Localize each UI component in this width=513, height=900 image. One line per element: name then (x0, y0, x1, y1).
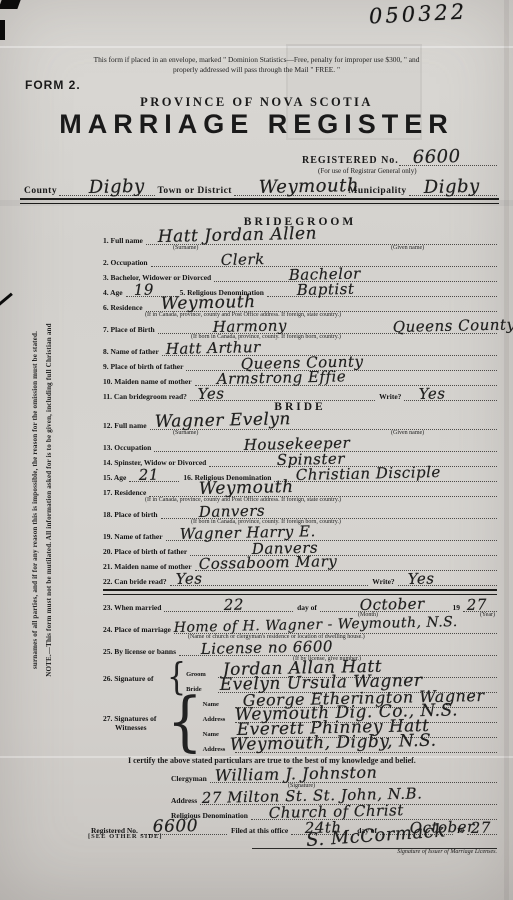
given-name-caption: (Given name) (391, 245, 424, 251)
field-label: 19 (449, 603, 464, 612)
field-label: 19. Name of father (103, 532, 166, 541)
see-other-side-note: [SEE OTHER SIDE] (88, 833, 163, 840)
field-line: License no 6600 (179, 641, 497, 656)
issuer-signature-line: S. McCormack (252, 830, 497, 849)
field-label: 15. Age (103, 473, 129, 482)
field-label: 22. Can bride read? (103, 577, 170, 586)
province-heading: PROVINCE OF NOVA SCOTIA (0, 95, 513, 110)
field-groom-birthplace: 7. Place of Birth Harmony Queens County (103, 319, 497, 334)
county-line: Digby (59, 176, 155, 196)
issuer-signature-area: S. McCormack Signature of Issuer of Marr… (252, 830, 497, 857)
field-line: Armstrong Effie (195, 371, 497, 386)
scan-artifact (0, 0, 21, 9)
handwritten-value: Queens County (392, 315, 513, 336)
registered-no-line: 6600 (399, 148, 497, 166)
surname-caption: (Surname) (173, 245, 198, 251)
field-line: Danvers (161, 504, 497, 519)
handwritten-value: Weymouth (199, 477, 294, 499)
field-line: Wagner Evelyn (150, 415, 497, 430)
handwritten-value: Armstrong Effie (216, 367, 346, 388)
brace-glyph: { (167, 691, 203, 755)
caption-row: (Surname) (Given name) (103, 245, 497, 252)
scan-artifact (0, 20, 5, 40)
field-label: 18. Place of birth (103, 510, 161, 519)
field-line: October (320, 597, 449, 612)
scan-artifact (0, 293, 13, 307)
county-value: Digby (89, 176, 145, 198)
witnesses-label-line1: 27. Signatures of (103, 714, 156, 723)
field-line: Hatt Jordan Allen (146, 230, 497, 245)
page-title: MARRIAGE REGISTER (0, 109, 513, 140)
field-license-or-banns: 25. By license or banns License no 6600 (103, 641, 497, 656)
groom-label: Groom (186, 671, 218, 678)
county-label: County (22, 186, 59, 196)
given-name-caption: (Given name) (391, 430, 424, 436)
double-rule (103, 589, 497, 595)
field-line: Weymouth, Digby, N.S. (235, 738, 497, 753)
field-bride-birthplace: 18. Place of birth Danvers (103, 504, 497, 519)
field-line: Yes (398, 571, 497, 586)
field-label: day of (293, 603, 320, 612)
field-label: 1. Full name (103, 236, 146, 245)
surname-caption: (Surname) (173, 430, 198, 436)
clergyman-row: Clergyman William J. Johnston (103, 768, 497, 783)
registered-no-label: REGISTERED No. (302, 155, 399, 166)
field-bride-mother: 21. Maiden name of mother Cossaboom Mary (103, 556, 497, 571)
field-bride-residence: 17. Residence Weymouth (103, 482, 497, 497)
field-label: 4. Age (103, 288, 126, 297)
mail-instruction: This form if placed in an envelope, mark… (0, 55, 513, 74)
stamp-number: 050322 (368, 0, 467, 29)
town-label: Town or District (155, 186, 234, 196)
field-line: Home of H. Wagner - Weymouth, N.S. (174, 619, 497, 634)
field-when-married: 23. When married 22 day of October 19 27 (103, 597, 497, 612)
field-line: Yes (404, 386, 497, 401)
form-body: BRIDEGROOM 1. Full name Hatt Jordan Alle… (103, 216, 497, 857)
handwritten-value: Cossaboom Mary (198, 552, 337, 573)
handwritten-value: Hatt Jordan Allen (157, 224, 317, 247)
field-label: 24. Place of marriage (103, 625, 174, 634)
field-groom-literacy: 11. Can bridegroom read? Yes Write? Yes (103, 386, 497, 401)
field-bride-literacy: 22. Can bride read? Yes Write? Yes (103, 571, 497, 586)
field-label: 13. Occupation (103, 443, 154, 452)
field-groom-full-name: 1. Full name Hatt Jordan Allen (103, 230, 497, 245)
witness-lines: Name George Etherington Wagner Address W… (203, 693, 497, 753)
field-label: 17. Residence (103, 488, 149, 497)
handwritten-value: Yes (198, 384, 225, 403)
field-label: Address (171, 796, 200, 805)
location-row: County Digby Town or District Weymouth M… (22, 176, 497, 196)
field-line: 27 (463, 597, 497, 612)
address-label: Address (203, 716, 235, 723)
field-line: Harmony Queens County (158, 319, 497, 334)
handwritten-value: Yes (407, 569, 434, 588)
form-number-label: FORM 2. (25, 78, 81, 92)
field-line: Wagner Harry E. (166, 526, 497, 541)
field-label: Write? (375, 392, 404, 401)
handwritten-value: Yes (175, 569, 202, 588)
margin-note-line2: surnames of all parties, and if for any … (31, 331, 39, 669)
caption-row: (If in Canada, province, county and Post… (103, 497, 497, 504)
field-line: Christian Disciple (274, 467, 497, 482)
field-line: Cossaboom Mary (195, 556, 497, 571)
signatures-witnesses-block: 27. Signatures of Witnesses { Name Georg… (103, 693, 497, 753)
witness2-address: Weymouth, Digby, N.S. (229, 731, 436, 755)
field-place-of-marriage: 24. Place of marriage Home of H. Wagner … (103, 619, 497, 634)
margin-note-line1: NOTE.—This form must not be mutilated. A… (45, 323, 53, 676)
field-line: 21 (129, 467, 179, 482)
field-label: 7. Place of Birth (103, 325, 158, 334)
handwritten-value: Christian Disciple (296, 463, 441, 484)
witnesses-label-line2: Witnesses (103, 723, 147, 732)
municipality-value: Digby (423, 176, 479, 198)
field-line: Yes (170, 571, 369, 586)
handwritten-value: Yes (419, 384, 446, 403)
field-line: Bachelor (214, 267, 497, 282)
field-label: 10. Maiden name of mother (103, 377, 195, 386)
witness2-address-row: Address Weymouth, Digby, N.S. (203, 738, 497, 753)
field-label: Write? (368, 577, 397, 586)
field-line: Weymouth (146, 297, 497, 312)
field-line: Weymouth (149, 482, 497, 497)
field-label: Clergyman (171, 774, 210, 783)
field-line: Baptist (267, 282, 497, 297)
field-label: 3. Bachelor, Widower or Divorced (103, 273, 214, 282)
issuer-caption: Signature of Issuer of Marriage Licenses… (252, 849, 497, 857)
field-line: William J. Johnston (210, 768, 497, 783)
field-groom-status: 3. Bachelor, Widower or Divorced Bachelo… (103, 267, 497, 282)
field-bride-age-religion: 15. Age 21 16. Religious Denomination Ch… (103, 467, 497, 482)
registered-no-row: REGISTERED No. 6600 (302, 148, 497, 166)
field-label: 8. Name of father (103, 347, 162, 356)
field-line: 22 (164, 597, 293, 612)
field-label: 27. Signatures of Witnesses (103, 714, 167, 732)
handwritten-value: Wagner Evelyn (154, 409, 291, 432)
field-label: 20. Place of birth of father (103, 547, 190, 556)
field-line: Yes (190, 386, 375, 401)
field-label: 11. Can bridegroom read? (103, 392, 190, 401)
field-bride-full-name: 12. Full name Wagner Evelyn (103, 415, 497, 430)
field-label: 23. When married (103, 603, 164, 612)
year-caption: (Year) (480, 612, 495, 618)
mail-instruction-line1: This form if placed in an envelope, mark… (0, 55, 513, 65)
field-groom-residence: 6. Residence Weymouth (103, 297, 497, 312)
name-label: Name (203, 701, 235, 708)
handwritten-value: License no 6600 (201, 637, 334, 658)
field-label: 2. Occupation (103, 258, 151, 267)
mail-instruction-line2: properly addressed will pass through the… (0, 65, 513, 75)
field-label: 26. Signature of (103, 674, 167, 683)
marriage-register-page: 050322 This form if placed in an envelop… (0, 0, 513, 900)
double-rule (20, 198, 499, 204)
field-label: 12. Full name (103, 421, 150, 430)
municipality-line: Digby (409, 176, 497, 196)
town-line: Weymouth (234, 176, 346, 196)
town-value: Weymouth (259, 175, 360, 198)
paper-crease (0, 46, 513, 48)
registered-no-value: 6600 (412, 146, 460, 168)
field-label: 6. Residence (103, 303, 146, 312)
caption-row: (If born in Canada, province, county. If… (103, 334, 497, 341)
clergyman-signature: William J. Johnston (214, 763, 377, 785)
field-label: 9. Place of birth of father (103, 362, 186, 371)
registrar-note: (For use of Registrar General only) (318, 167, 417, 175)
handwritten-value: Weymouth (160, 292, 255, 314)
